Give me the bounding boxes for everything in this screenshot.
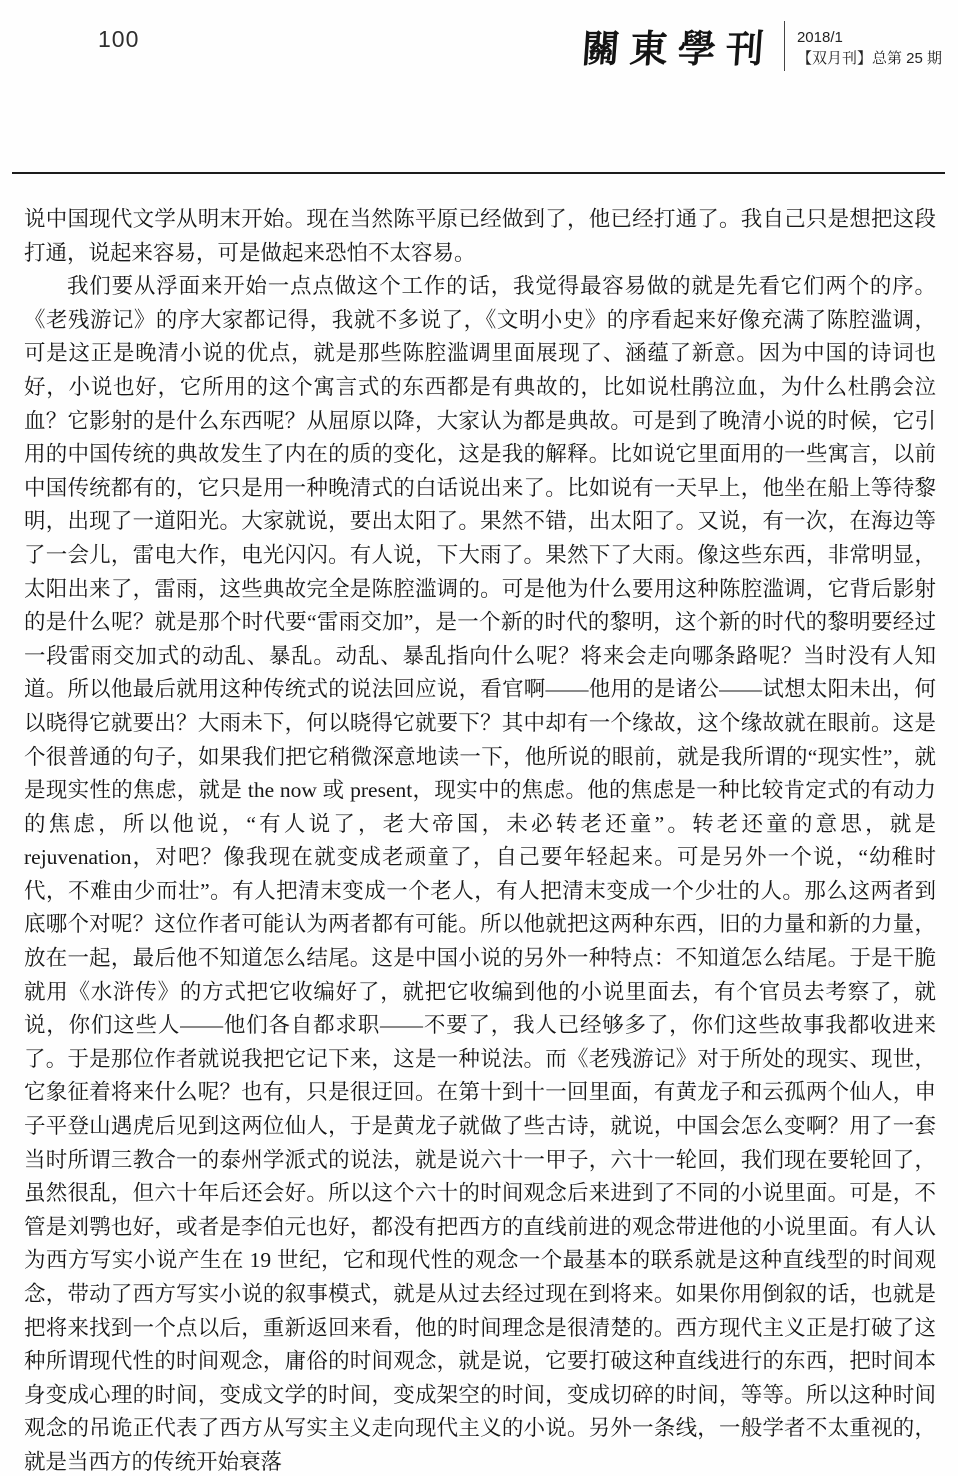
header-rule: [12, 172, 945, 174]
issue-number: 【双月刊】总第 25 期: [797, 48, 942, 69]
body-paragraph-continuation: 说中国现代文学从明末开始。现在当然陈平原已经做到了，他已经打通了。我自己只是想把…: [24, 203, 936, 270]
article-body: 说中国现代文学从明末开始。现在当然陈平原已经做到了，他已经打通了。我自己只是想把…: [24, 203, 936, 1476]
journal-page: 100 關東學刊 2018/1 【双月刊】总第 25 期 说中国现代文学从明末开…: [0, 0, 958, 1476]
masthead: 關東學刊 2018/1 【双月刊】总第 25 期: [582, 18, 942, 73]
masthead-divider: [784, 21, 785, 71]
issue-info: 2018/1 【双月刊】总第 25 期: [797, 23, 942, 69]
page-number: 100: [98, 26, 139, 53]
issue-date: 2018/1: [797, 27, 942, 48]
body-paragraph: 我们要从浮面来开始一点点做这个工作的话，我觉得最容易做的就是先看它们两个的序。《…: [24, 270, 936, 1476]
journal-title-calligraphy: 關東學刊: [580, 18, 780, 73]
